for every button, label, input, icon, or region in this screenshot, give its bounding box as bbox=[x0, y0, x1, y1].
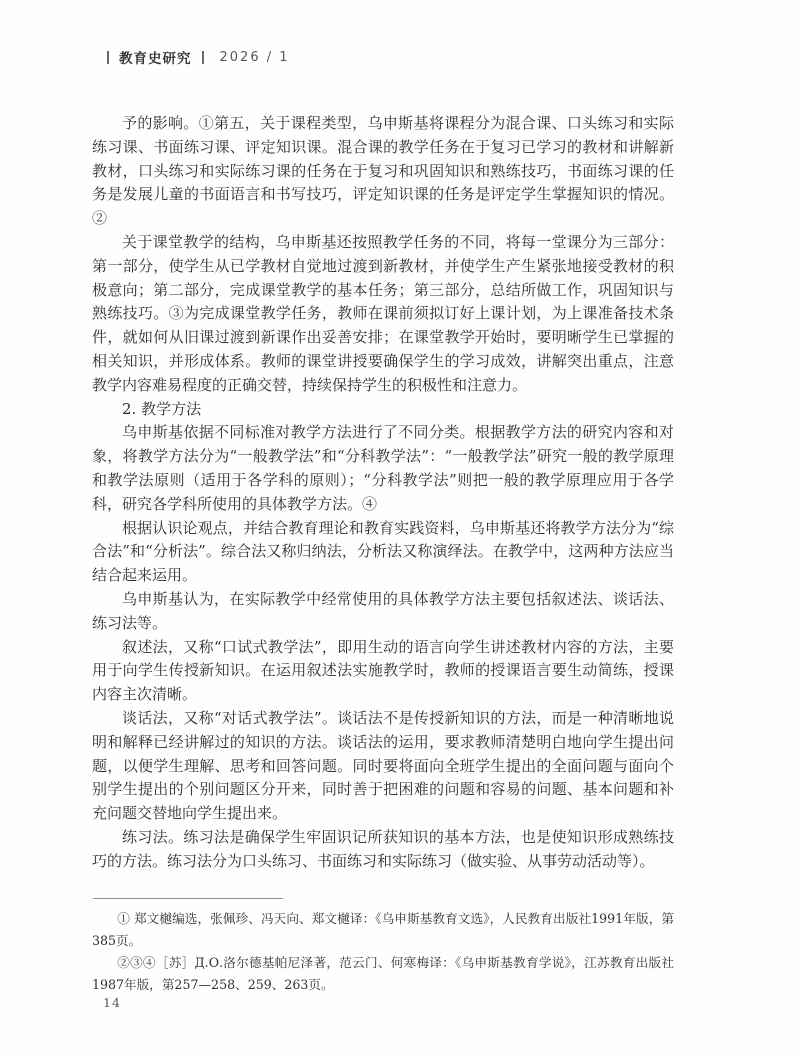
running-header: 教育史研究 2026 / 1 bbox=[107, 47, 290, 67]
journal-title: 教育史研究 bbox=[119, 47, 192, 67]
body-paragraph: 练习法。练习法是确保学生牢固识记所获知识的基本方法，也是使知识形成熟练技巧的方法… bbox=[92, 826, 674, 874]
issue-number: 2026 / 1 bbox=[220, 50, 290, 65]
body-paragraph: 乌申斯基依据不同标准对教学方法进行了不同分类。根据教学方法的研究内容和对象，将教… bbox=[92, 421, 674, 516]
header-rule-left-icon bbox=[107, 51, 109, 64]
body-paragraph: 予的影响。①第五，关于课程类型，乌申斯基将课程分为混合课、口头练习和实际练习课、… bbox=[92, 112, 674, 231]
body-paragraph: 叙述法，又称“口试式教学法”，即用生动的语言向学生讲述教材内容的方法，主要用于向… bbox=[92, 636, 674, 707]
footnote-separator-rule bbox=[93, 898, 283, 899]
page-number: 14 bbox=[103, 995, 121, 1010]
footnote-section: ① 郑文樾编选，张佩珍、冯天向、郑文樾译：《乌申斯基教育文选》，人民教育出版社1… bbox=[92, 898, 674, 996]
body-paragraph: 根据认识论观点，并结合教育理论和教育实践资料，乌申斯基还将教学方法分为“综合法”… bbox=[92, 517, 674, 588]
body-paragraph: 谈话法，又称“对话式教学法”。谈话法不是传授新知识的方法，而是一种清晰地说明和解… bbox=[92, 707, 674, 826]
footnote: ① 郑文樾编选，张佩珍、冯天向、郑文樾译：《乌申斯基教育文选》，人民教育出版社1… bbox=[92, 908, 674, 952]
body-paragraph: 乌申斯基认为，在实际教学中经常使用的具体教学方法主要包括叙述法、谈话法、练习法等… bbox=[92, 588, 674, 636]
footnote: ②③④［苏］Д.О.洛尔德基帕尼泽著，范云门、何寒梅译：《乌申斯基教育学说》，江… bbox=[92, 952, 674, 996]
section-heading: 2. 教学方法 bbox=[92, 398, 674, 422]
body-text-column: 予的影响。①第五，关于课程类型，乌申斯基将课程分为混合课、口头练习和实际练习课、… bbox=[92, 112, 674, 874]
header-rule-right-icon bbox=[202, 51, 204, 64]
body-paragraph: 关于课堂教学的结构，乌申斯基还按照教学任务的不同，将每一堂课分为三部分：第一部分… bbox=[92, 231, 674, 398]
document-page: 教育史研究 2026 / 1 予的影响。①第五，关于课程类型，乌申斯基将课程分为… bbox=[0, 0, 800, 1059]
